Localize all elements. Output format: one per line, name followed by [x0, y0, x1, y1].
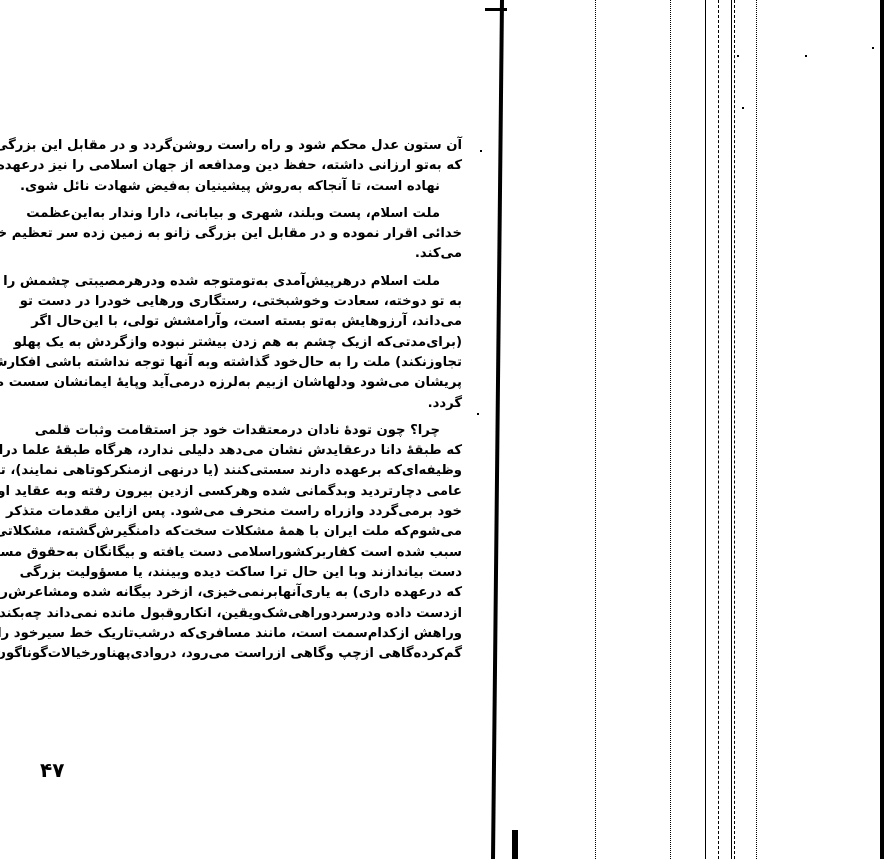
text-line: گردد. — [62, 394, 462, 414]
page-edge-line — [718, 0, 719, 859]
spine-edge-bottom — [512, 830, 518, 859]
page-edge-line — [756, 0, 757, 859]
text-line: خدائی اقرار نموده و در مقابل این بزرگی ز… — [62, 224, 462, 244]
scan-speck — [742, 107, 744, 109]
page-number: ۴۷ — [40, 758, 64, 782]
scan-speck — [872, 47, 874, 49]
text-line: به تو دوخته، سعادت وخوشبختی، رستگاری وره… — [62, 292, 462, 312]
text-line: می‌شوم‌که ملت ایران با همهٔ مشکلات سخت‌ک… — [62, 522, 462, 542]
page-edge-line — [734, 0, 735, 859]
text-line: می‌داند، آرزوهایش به‌تو بسته است، وآرامش… — [62, 312, 462, 332]
text-line: خود برمی‌گردد وازراه راست منحرف می‌شود. … — [62, 502, 462, 522]
text-line: که درعهده داری) به یاری‌آنهابرنمی‌خیزی، … — [62, 583, 462, 603]
page-edge-line — [705, 0, 706, 859]
text-line: می‌کند. — [62, 244, 462, 264]
text-line: ملت اسلام درهرپیش‌آمدی به‌تومتوجه شده ود… — [62, 272, 462, 292]
text-line: نهاده است، تا آنجاکه به‌روش پیشینیان به‌… — [62, 177, 462, 197]
text-line: (برای‌مدتی‌که ازیک چشم به هم زدن بیشتر ن… — [62, 333, 462, 353]
scanned-book-page: آن ستون عدل محکم شود و راه راست روشن‌گرد… — [0, 0, 884, 859]
text-line: وظیفه‌ای‌که برعهده دارند سستی‌کنند (یا د… — [62, 461, 462, 481]
text-line: گم‌کرده‌گاهی ازچپ وگاهی ازراست می‌رود، د… — [62, 644, 462, 664]
paragraph-2: ملت اسلام، پست وبلند، شهری و بیابانی، دا… — [62, 204, 462, 265]
paragraph-4: چرا؟ چون تودهٔ نادان درمعتقدات خود جز اس… — [62, 421, 462, 665]
page-edge-line — [595, 0, 596, 859]
text-line: دست بیاندازند وبا این حال ترا ساکت دیده … — [62, 563, 462, 583]
scan-border — [880, 0, 884, 859]
text-line: وراهش ازکدام‌سمت است، مانند مسافری‌که در… — [62, 624, 462, 644]
scan-speck — [480, 150, 482, 152]
text-line: که به‌تو ارزانی داشته، حفظ دین ومدافعه ا… — [62, 156, 462, 176]
text-line: سبب شده است کفاربرکشوراسلامی دست یافته و… — [62, 543, 462, 563]
book-spine — [491, 0, 504, 859]
page-edge-line — [670, 0, 671, 859]
paragraph-3: ملت اسلام درهرپیش‌آمدی به‌تومتوجه شده ود… — [62, 272, 462, 414]
text-line: پریشان می‌شود ودلهاشان ازبیم به‌لرزه درم… — [62, 373, 462, 393]
scan-speck — [737, 55, 739, 57]
text-line: که طبقهٔ دانا درعقایدش نشان می‌دهد دلیلی… — [62, 441, 462, 461]
text-line: ملت اسلام، پست وبلند، شهری و بیابانی، دا… — [62, 204, 462, 224]
text-line: تجاوزنکند) ملت را به حال‌خود گذاشته وبه … — [62, 353, 462, 373]
scan-speck — [477, 413, 479, 415]
text-line: آن ستون عدل محکم شود و راه راست روشن‌گرد… — [62, 136, 462, 156]
text-line: عامی دچارتردید وبدگمانی شده وهرکسی ازدین… — [62, 482, 462, 502]
scan-speck — [805, 55, 807, 57]
paragraph-1: آن ستون عدل محکم شود و راه راست روشن‌گرد… — [62, 136, 462, 197]
text-line: چرا؟ چون تودهٔ نادان درمعتقدات خود جز اس… — [62, 421, 462, 441]
text-line: ازدست داده ودرسردوراهی‌شک‌ویقین، انکاروق… — [62, 604, 462, 624]
body-text: آن ستون عدل محکم شود و راه راست روشن‌گرد… — [62, 136, 462, 671]
page-edge-line — [731, 0, 732, 859]
